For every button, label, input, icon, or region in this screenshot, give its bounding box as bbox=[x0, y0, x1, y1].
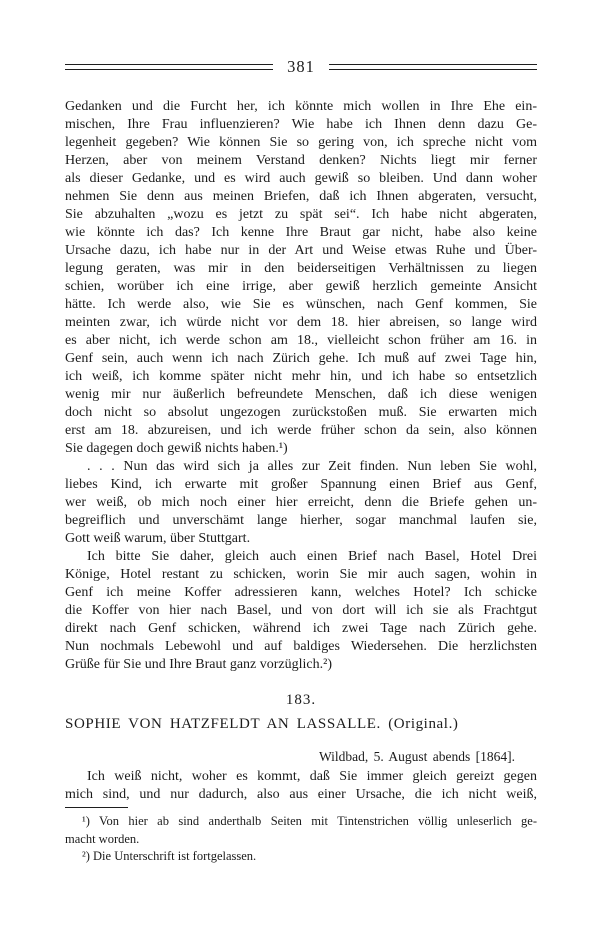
text-line: Grüße für Sie und Ihre Braut ganz vorzüg… bbox=[65, 656, 537, 674]
header-rule-left bbox=[65, 64, 273, 70]
text-line: wer weiß, ob mich noch einer hier erreic… bbox=[65, 494, 537, 512]
text-line: direkt nach Genf schicken, während ich z… bbox=[65, 620, 537, 638]
text-line: mich sind, und nur dadurch, also aus ein… bbox=[65, 786, 537, 804]
text-line: wie könnte ich das? Ich kenne Ihre Braut… bbox=[65, 224, 537, 242]
letter-heading: SOPHIE VON HATZFELDT AN LASSALLE. (Origi… bbox=[65, 714, 537, 734]
text-line: legung geraten, was mir in den beidersei… bbox=[65, 260, 537, 278]
text-line: als dieser Gedanke, und es wird auch gew… bbox=[65, 170, 537, 188]
text-line: Gedanken und die Furcht her, ich könnte … bbox=[65, 98, 537, 116]
text-line: Genf sein, auch wenn ich nach Zürich geh… bbox=[65, 350, 537, 368]
dateline: Wildbad, 5. August abends [1864]. bbox=[65, 748, 537, 766]
footnote-separator bbox=[65, 807, 128, 808]
text-line: ¹) Von hier ab sind anderthalb Seiten mi… bbox=[65, 813, 537, 831]
text-line: begreiflich und unverschämt lange hierhe… bbox=[65, 512, 537, 530]
text-line: legenheit gegeben? Wie können Sie so ger… bbox=[65, 134, 537, 152]
running-head: 381 bbox=[65, 58, 537, 76]
book-page: 381 Gedanken und die Furcht her, ich kön… bbox=[0, 0, 600, 952]
text-line: Sie dagegen doch gewiß nichts haben.¹) bbox=[65, 440, 537, 458]
footnotes: ¹) Von hier ab sind anderthalb Seiten mi… bbox=[65, 813, 537, 866]
text-line: es aber nicht, ich werde schon am 18., v… bbox=[65, 332, 537, 350]
text-line: Ich bitte Sie daher, gleich auch einen B… bbox=[65, 548, 537, 566]
text-line: Herzen, aber von meinem Verstand denken?… bbox=[65, 152, 537, 170]
letter-end-text: Gedanken und die Furcht her, ich könnte … bbox=[65, 98, 537, 674]
page-number: 381 bbox=[287, 58, 315, 76]
text-line: macht worden. bbox=[65, 831, 537, 849]
text-line: . . . Nun das wird sich ja alles zur Zei… bbox=[65, 458, 537, 476]
text-line: wenig mir nur äußerlich befreundete Mens… bbox=[65, 386, 537, 404]
text-line: ²) Die Unterschrift ist fortgelassen. bbox=[65, 848, 537, 866]
text-line: Könige, Hotel restant zu schicken, worin… bbox=[65, 566, 537, 584]
section-number: 183. bbox=[65, 690, 537, 710]
text-line: hätte. Ich werde also, wie Sie es wünsch… bbox=[65, 296, 537, 314]
text-line: Gott weiß warum, über Stuttgart. bbox=[65, 530, 537, 548]
text-line: meinten zwar, ich würde nicht vor dem 18… bbox=[65, 314, 537, 332]
text-line: die Koffer von hier nach Basel, und von … bbox=[65, 602, 537, 620]
header-rule-right bbox=[329, 64, 537, 70]
text-line: Nun nochmals Lebewohl und auf baldiges W… bbox=[65, 638, 537, 656]
text-line: liebes Kind, ich erwarte mit großer Span… bbox=[65, 476, 537, 494]
text-line: Sie abzuhalten „wozu es jetzt zu spät se… bbox=[65, 206, 537, 224]
text-line: Ursache dazu, ich habe nur in der Art un… bbox=[65, 242, 537, 260]
text-line: erst am 18. abzureisen, und ich werde fr… bbox=[65, 422, 537, 440]
text-line: nehmen Sie denn aus meinen Briefen, daß … bbox=[65, 188, 537, 206]
text-line: doch nicht so absolut ungezogen zurückst… bbox=[65, 404, 537, 422]
text-line: schien, worüber ich eine irrige, aber ge… bbox=[65, 278, 537, 296]
text-line: mischen, Ihre Frau influenzieren? Wie ha… bbox=[65, 116, 537, 134]
text-line: Genf ich meine Koffer adressieren kann, … bbox=[65, 584, 537, 602]
letter-start-text: Ich weiß nicht, woher es kommt, daß Sie … bbox=[65, 768, 537, 804]
text-line: ich weiß, ich komme später nicht mehr hi… bbox=[65, 368, 537, 386]
text-line: Ich weiß nicht, woher es kommt, daß Sie … bbox=[65, 768, 537, 786]
